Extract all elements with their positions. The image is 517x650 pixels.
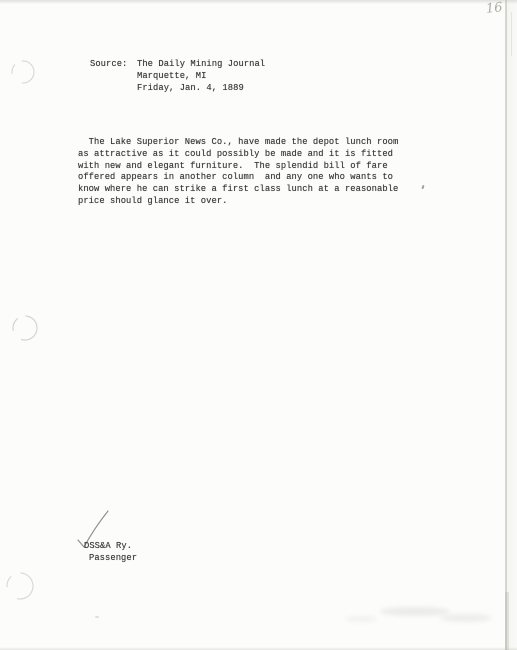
source-label: Source: <box>90 59 127 71</box>
scan-smudge <box>440 614 492 622</box>
scanned-document-page: 16 Source: The Daily Mining Journal Marq… <box>0 0 517 650</box>
source-date: Friday, Jan. 4, 1889 <box>137 83 244 95</box>
source-location: Marquette, MI <box>137 71 206 83</box>
scan-speck <box>95 616 99 618</box>
scan-smudge <box>345 616 377 622</box>
footer-category: Passenger <box>89 553 137 565</box>
pencil-speck <box>421 185 424 189</box>
scan-edge-top <box>0 0 517 4</box>
punch-hole-marks <box>0 0 60 650</box>
paper-edge-line-bottom <box>505 592 509 650</box>
paper-edge-line <box>505 0 507 650</box>
article-paragraph: The Lake Superior News Co., have made th… <box>78 137 398 208</box>
scan-edge-right-strip <box>506 0 517 650</box>
footer-railroad: DSS&A Ry. <box>84 541 132 553</box>
scan-smudge <box>380 607 450 616</box>
paper-edge-line-top <box>511 12 512 56</box>
handwritten-page-number: 16 <box>485 0 503 17</box>
source-publication: The Daily Mining Journal <box>137 59 265 71</box>
